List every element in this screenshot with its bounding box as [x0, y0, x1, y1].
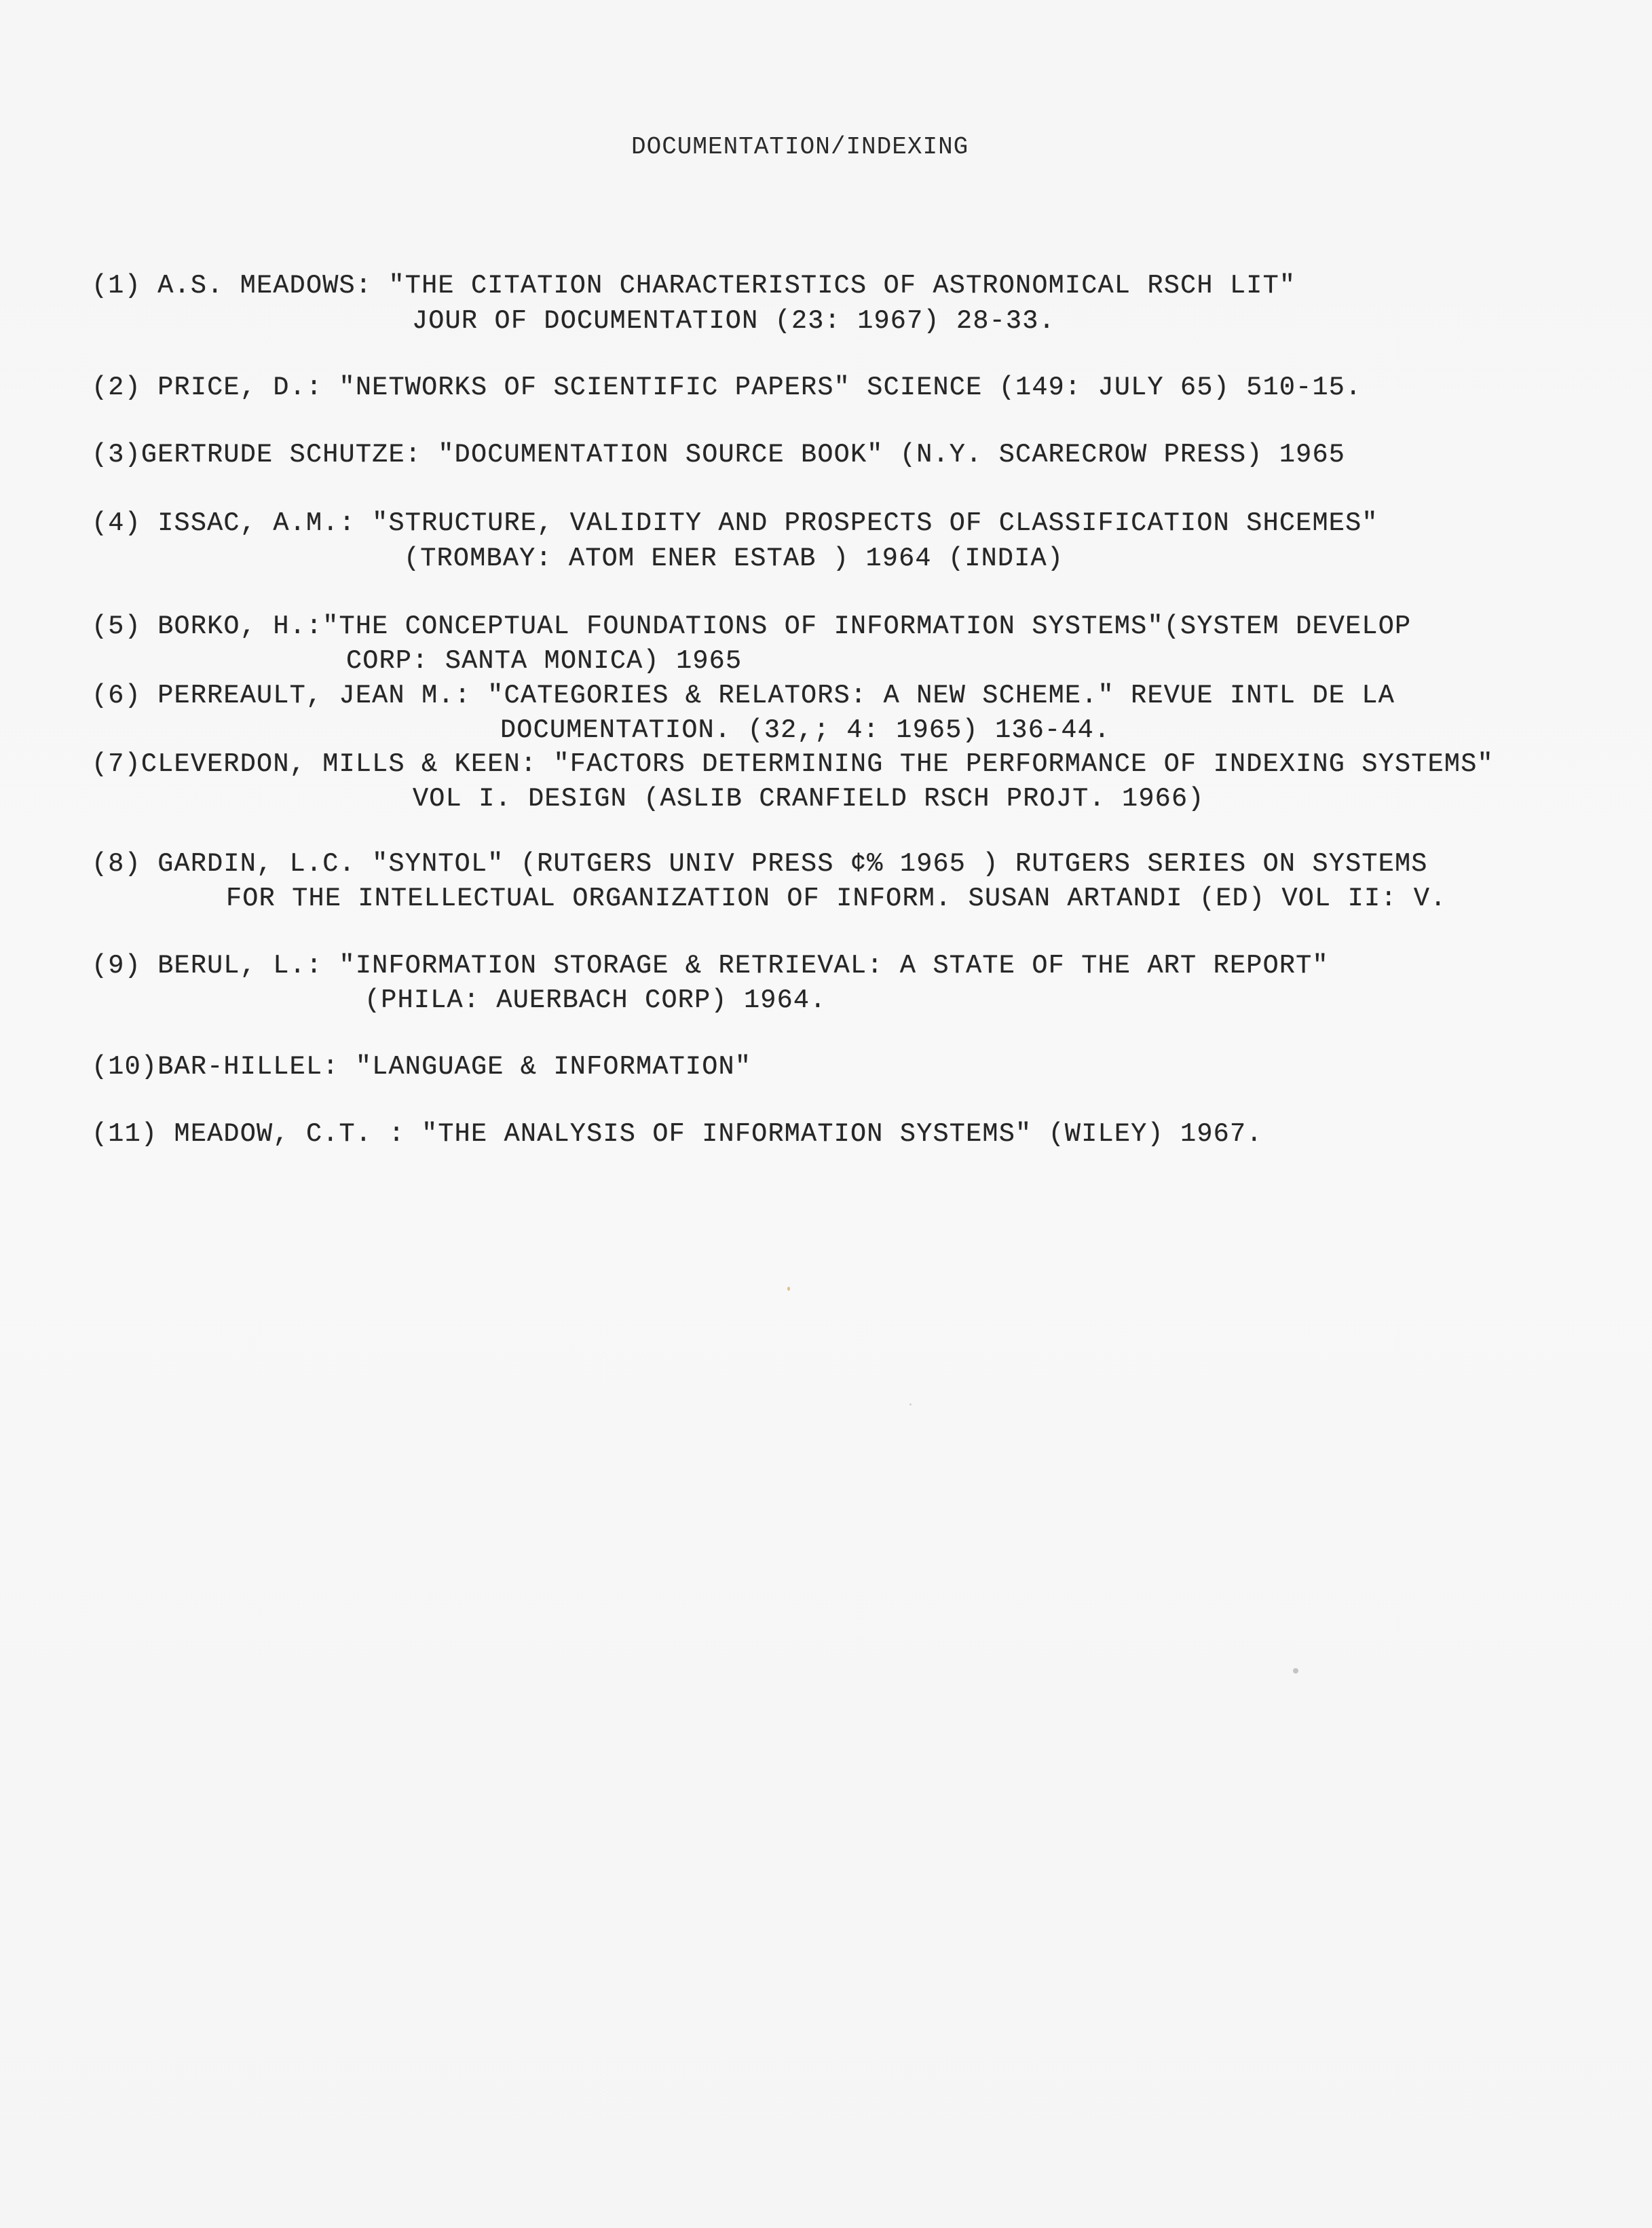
reference-7-line-1: (7)CLEVERDON, MILLS & KEEN: "FACTORS DET… — [92, 751, 1494, 778]
paper-speck — [787, 1287, 790, 1291]
typed-page: DOCUMENTATION/INDEXING (1) A.S. MEADOWS:… — [0, 0, 1652, 2228]
reference-4-line-1: (4) ISSAC, A.M.: "STRUCTURE, VALIDITY AN… — [92, 510, 1378, 537]
reference-9-line-2: (PHILA: AUERBACH CORP) 1964. — [364, 987, 827, 1014]
reference-4-line-2: (TROMBAY: ATOM ENER ESTAB ) 1964 (INDIA) — [404, 546, 1064, 572]
reference-1-line-1: (1) A.S. MEADOWS: "THE CITATION CHARACTE… — [92, 273, 1296, 299]
reference-11-line-1: (11) MEADOW, C.T. : "THE ANALYSIS OF INF… — [92, 1121, 1263, 1148]
reference-5-line-1: (5) BORKO, H.:"THE CONCEPTUAL FOUNDATION… — [92, 613, 1411, 640]
reference-7-line-2: VOL I. DESIGN (ASLIB CRANFIELD RSCH PROJ… — [413, 786, 1205, 812]
reference-3-line-1: (3)GERTRUDE SCHUTZE: "DOCUMENTATION SOUR… — [92, 442, 1345, 468]
reference-10-line-1: (10)BAR-HILLEL: "LANGUAGE & INFORMATION" — [92, 1054, 751, 1080]
reference-6-line-2: DOCUMENTATION. (32,; 4: 1965) 136-44. — [500, 717, 1110, 744]
reference-1-line-2: JOUR OF DOCUMENTATION (23: 1967) 28-33. — [412, 308, 1055, 335]
reference-6-line-1: (6) PERREAULT, JEAN M.: "CATEGORIES & RE… — [92, 683, 1395, 709]
paper-speck — [1293, 1668, 1298, 1674]
reference-9-line-1: (9) BERUL, L.: "INFORMATION STORAGE & RE… — [92, 953, 1329, 979]
reference-5-line-2: CORP: SANTA MONICA) 1965 — [346, 648, 742, 675]
reference-8-line-1: (8) GARDIN, L.C. "SYNTOL" (RUTGERS UNIV … — [92, 851, 1428, 877]
reference-8-line-2: FOR THE INTELLECTUAL ORGANIZATION OF INF… — [226, 886, 1446, 912]
page-title: DOCUMENTATION/INDEXING — [631, 133, 969, 161]
paper-speck — [909, 1403, 912, 1405]
reference-2-line-1: (2) PRICE, D.: "NETWORKS OF SCIENTIFIC P… — [92, 375, 1362, 401]
